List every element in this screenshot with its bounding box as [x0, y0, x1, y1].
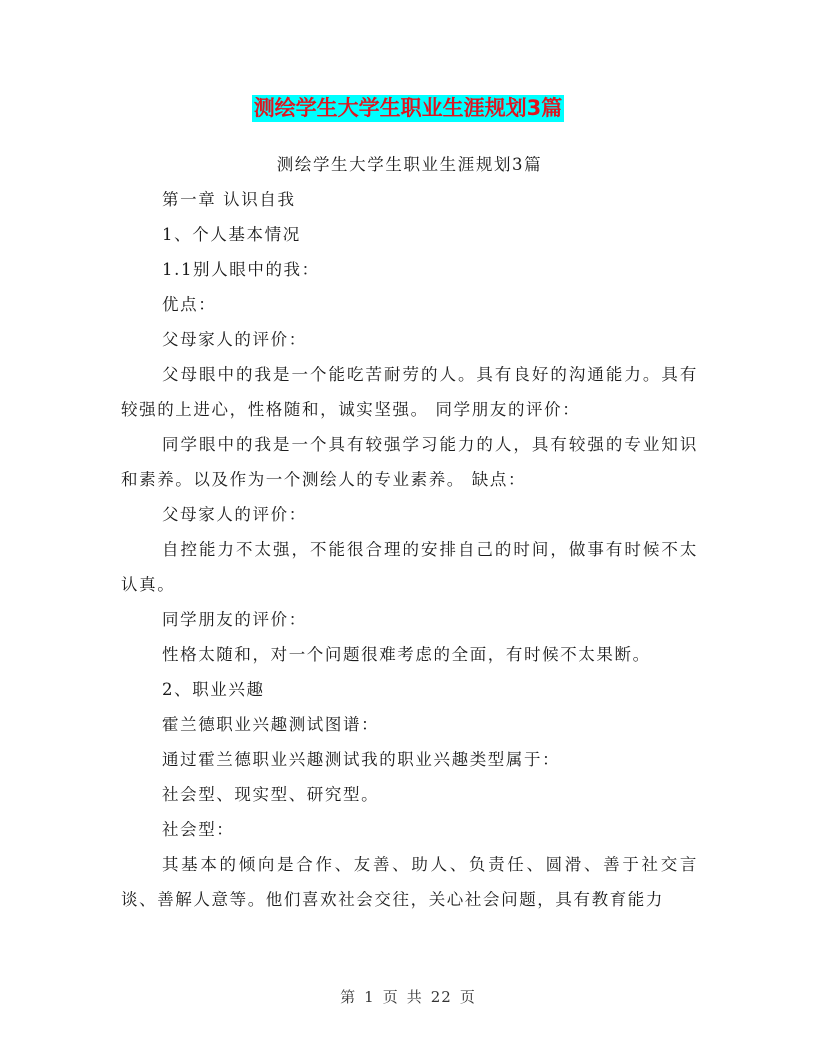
paragraph: 父母家人的评价：: [121, 497, 698, 532]
chapter-heading: 第一章 认识自我: [121, 182, 698, 217]
paragraph: 社会型、现实型、研究型。: [121, 777, 698, 812]
paragraph: 自控能力不太强，不能很合理的安排自己的时间，做事有时候不太认真。: [121, 532, 698, 602]
paragraph: 同学朋友的评价：: [121, 602, 698, 637]
paragraph: 性格太随和，对一个问题很难考虑的全面，有时候不太果断。: [121, 637, 698, 672]
subsection-heading: 1.1别人眼中的我：: [121, 252, 698, 287]
document-subtitle: 测绘学生大学生职业生涯规划3篇: [121, 147, 698, 182]
section-heading: 1、个人基本情况: [121, 217, 698, 252]
total-suffix: 页: [460, 988, 476, 1006]
current-page-number: 1: [364, 988, 375, 1006]
paragraph: 通过霍兰德职业兴趣测试我的职业兴趣类型属于：: [121, 742, 698, 777]
page-footer: 第1页共22页: [0, 986, 816, 1007]
title-container: 测绘学生大学生职业生涯规划3篇: [0, 95, 816, 122]
document-title: 测绘学生大学生职业生涯规划3篇: [252, 95, 565, 122]
paragraph: 优点：: [121, 287, 698, 322]
page-suffix: 页: [383, 988, 399, 1006]
document-body: 测绘学生大学生职业生涯规划3篇 第一章 认识自我 1、个人基本情况 1.1别人眼…: [121, 147, 698, 917]
total-prefix: 共: [407, 988, 423, 1006]
paragraph: 霍兰德职业兴趣测试图谱：: [121, 707, 698, 742]
section-heading: 2、职业兴趣: [121, 672, 698, 707]
total-pages-number: 22: [431, 988, 452, 1006]
paragraph: 社会型：: [121, 812, 698, 847]
paragraph: 其基本的倾向是合作、友善、助人、负责任、圆滑、善于社交言谈、善解人意等。他们喜欢…: [121, 847, 698, 917]
paragraph: 父母家人的评价：: [121, 322, 698, 357]
document-page: 测绘学生大学生职业生涯规划3篇 测绘学生大学生职业生涯规划3篇 第一章 认识自我…: [0, 0, 816, 1056]
page-prefix: 第: [340, 988, 356, 1006]
paragraph: 父母眼中的我是一个能吃苦耐劳的人。具有良好的沟通能力。具有较强的上进心，性格随和…: [121, 357, 698, 427]
paragraph: 同学眼中的我是一个具有较强学习能力的人，具有较强的专业知识和素养。以及作为一个测…: [121, 427, 698, 497]
